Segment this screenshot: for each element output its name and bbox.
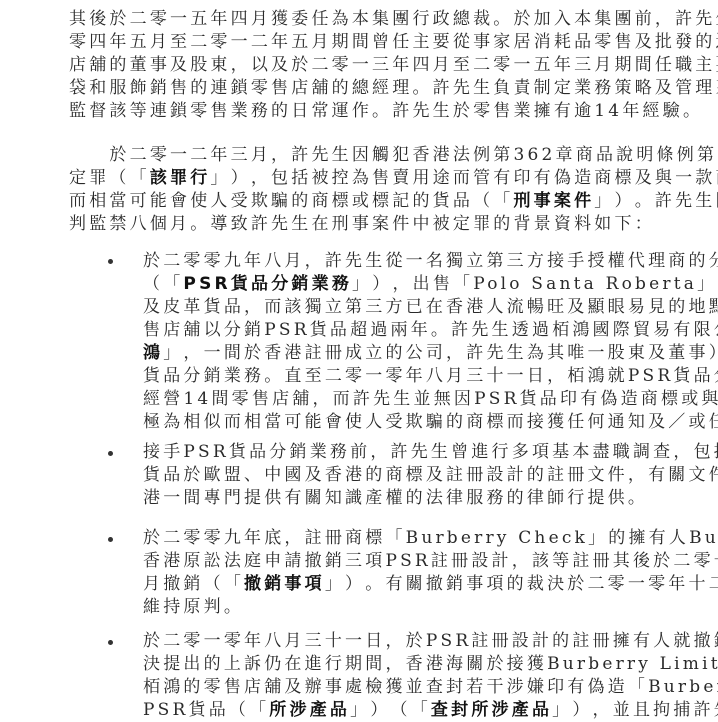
bullet-item-line: 港一間專門提供有關知識產權的法律服務的律師行提供。 [143,487,670,510]
bullet-item-line: 栢鴻的零售店舖及辦事處檢獲並查封若干涉嫌印有偽造「Burberry」商標的 [143,676,670,699]
bullet-item-line: 維持原判。 [143,596,670,619]
bullet-icon [108,537,113,542]
bullet-item-line: 於二零零九年八月，許先生從一名獨立第三方接手授權代理商的分銷業務 [143,250,670,273]
paragraph-line: 定罪（「該罪行」），包括被控為售賣用途而管有印有偽造商標及與一款商標極為相似 [69,167,670,190]
bullet-item-line: 經營14間零售店舖，而許先生並無因PSR貨品印有偽造商標或與一款商標 [143,388,670,411]
bullet-item-line: 月撤銷（「撤銷事項」）。有關撤銷事項的裁決於二零一零年十二月的上訴中 [143,573,670,596]
bullet-item-line: 香港原訟法庭申請撤銷三項PSR註冊設計，該等註冊其後於二零一零年七 [143,550,670,573]
paragraph-line: 其後於二零一五年四月獲委任為本集團行政總裁。於加入本集團前，許先生於二零 [69,8,670,31]
bullet-item-line: 決提出的上訴仍在進行期間，香港海關於接獲Burberry Limited的投訴後… [143,653,670,676]
paragraph-line: 判監禁八個月。導致許先生在刑事案件中被定罪的背景資料如下： [69,213,670,236]
bullet-item-line: 貨品分銷業務。直至二零一零年八月三十一日，栢鴻就PSR貨品分銷業務 [143,365,670,388]
bullet-item-line: 貨品於歐盟、中國及香港的商標及註冊設計的註冊文件，有關文件乃由香 [143,464,670,487]
bullet-item-line: 於二零零九年底，註冊商標「Burberry Check」的擁有人Burberry… [143,527,670,550]
bullet-item-line: 鴻」，一間於香港註冊成立的公司，許先生為其唯一股東及董事）經營PSR [143,342,670,365]
bullet-item-line: （「PSR貨品分銷業務」），出售「Polo Santa Roberta」（「PS… [143,273,670,296]
paragraph-line: 店舖的董事及股東，以及於二零一三年四月至二零一五年三月期間任職主要從事手 [69,54,670,77]
bullet-item-line: PSR貨品（「所涉產品」）（「查封所涉產品」），並且拘捕許先生。 [143,699,670,722]
bullet-item-line: 於二零一零年八月三十一日，於PSR註冊設計的註冊擁有人就撤銷事項裁 [143,630,670,653]
paragraph-line: 監督該等連鎖零售業務的日常運作。許先生於零售業擁有逾14年經驗。 [69,100,670,123]
bullet-item-line: 極為相似而相當可能會使人受欺騙的商標而接獲任何通知及／或任何投訴。 [143,411,670,434]
bullet-icon [108,640,113,645]
paragraph-line: 於二零一二年三月，許先生因觸犯香港法例第362章商品說明條例第9(2)條而被 [69,144,670,167]
bullet-item-line: 及皮革貨品，而該獨立第三方已在香港人流暢旺及顯眼易見的地點經營零 [143,296,670,319]
paragraph-line: 零四年五月至二零一二年五月期間曾任主要從事家居消耗品零售及批發的連鎖零售 [69,31,670,54]
bullet-item-line: 接手PSR貨品分銷業務前，許先生曾進行多項基本盡職調查，包括審閱PSR [143,441,670,464]
bullet-icon [108,259,113,264]
bullet-item-line: 售店舖以分銷PSR貨品超過兩年。許先生透過栢鴻國際貿易有限公司（「栢 [143,319,670,342]
paragraph-line: 袋和服飾銷售的連鎖零售店舖的總經理。許先生負責制定業務策略及管理系統，並 [69,77,670,100]
paragraph-line: 而相當可能會使人受欺騙的商標或標記的貨品（「刑事案件」）。許先生因刑事案件被 [69,190,670,213]
bullet-icon [108,451,113,456]
